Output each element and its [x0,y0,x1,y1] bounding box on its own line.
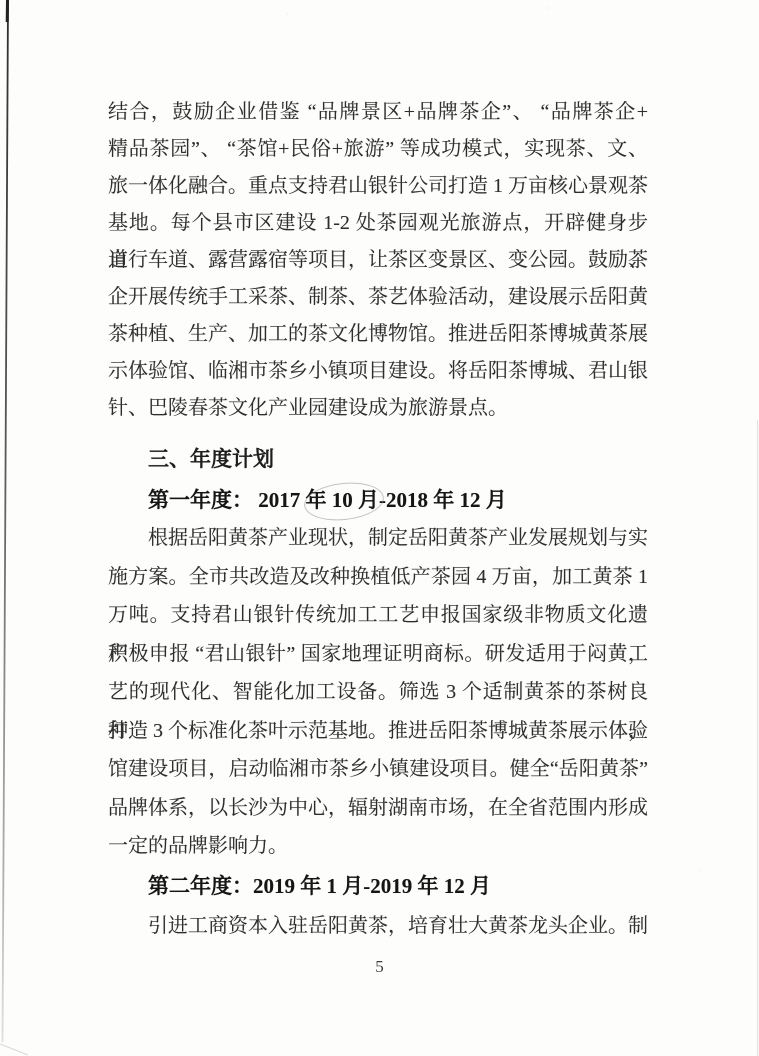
year2-heading: 第二年度：2019 年 1 月-2019 年 12 月 [108,867,648,905]
text-line: 积极申报 “君山银针” 国家地理证明商标。研发适用于闷黄工 [108,635,648,674]
text-line: 茶种植、生产、加工的茶文化博物馆。推进岳阳茶博城黄茶展 [108,316,648,353]
text-line: 打造 3 个标准化茶叶示范基地。推进岳阳茶博城黄茶展示体验 [108,712,648,751]
text-line: 旅一体化融合。重点支持君山银针公司打造 1 万亩核心景观茶 [108,168,648,205]
text-line: 一定的品牌影响力。 [108,827,648,866]
text-line: 施方案。全市共改造及改种换植低产茶园 4 万亩，加工黄茶 1 [108,558,648,597]
left-scan-line [3,0,9,1042]
text-line: 示体验馆、临湘市茶乡小镇项目建设。将岳阳茶博城、君山银 [108,353,648,390]
text-line: 结合，鼓励企业借鉴 “品牌景区+品牌茶企”、 “品牌茶企+ [108,94,648,131]
text-line: 根据岳阳黄茶产业现状，制定岳阳黄茶产业发展规划与实 [108,519,648,558]
bottom-left-scan-line [0,1044,28,1055]
year1-heading: 第一年度： 2017 年 10 月-2018 年 12 月 [108,481,648,519]
text-line: 引进工商资本入驻岳阳黄茶，培育壮大黄茶龙头企业。制 [108,907,648,945]
text-line: 万吨。支持君山银针传统加工工艺申报国家级非物质文化遗产， [108,596,648,635]
text-line: 针、巴陵春茶文化产业园建设成为旅游景点。 [108,390,648,427]
page-number: 5 [0,957,759,977]
scanned-document-page: 结合，鼓励企业借鉴 “品牌景区+品牌茶企”、 “品牌茶企+ 精品茶园”、 “茶馆… [0,0,759,1056]
paragraph-year1-plan: 根据岳阳黄茶产业现状，制定岳阳黄茶产业发展规划与实 施方案。全市共改造及改种换植… [108,519,648,866]
text-line: 企开展传统手工采茶、制茶、茶艺体验活动，建设展示岳阳黄 [108,279,648,316]
text-line: 基地。每个县市区建设 1-2 处茶园观光旅游点，开辟健身步道、 [108,205,648,242]
text-line: 精品茶园”、 “茶馆+民俗+旅游” 等成功模式，实现茶、文、 [108,131,648,168]
text-line: 品牌体系，以长沙为中心，辐射湖南市场，在全省范围内形成 [108,789,648,828]
text-line: 馆建设项目，启动临湘市茶乡小镇建设项目。健全“岳阳黄茶” [108,750,648,789]
paragraph-year2-plan: 引进工商资本入驻岳阳黄茶，培育壮大黄茶龙头企业。制 [108,907,648,945]
section-heading-annual-plan: 三、年度计划 [108,441,648,478]
text-line: 艺的现代化、智能化加工设备。筛选 3 个适制黄茶的茶树良种， [108,673,648,712]
paragraph-tea-tourism: 结合，鼓励企业借鉴 “品牌景区+品牌茶企”、 “品牌茶企+ 精品茶园”、 “茶馆… [108,94,648,427]
document-text: 结合，鼓励企业借鉴 “品牌景区+品牌茶企”、 “品牌茶企+ 精品茶园”、 “茶馆… [108,94,648,945]
text-line: 自行车道、露营露宿等项目，让茶区变景区、变公园。鼓励茶 [108,242,648,279]
